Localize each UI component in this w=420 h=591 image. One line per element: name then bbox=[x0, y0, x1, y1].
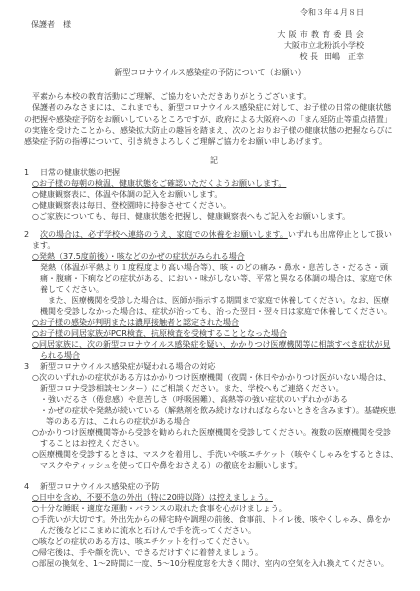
list-item: ○ご家族についても、毎日、健康状態を把握し、健康観察表へもご記入をお願いします。 bbox=[32, 211, 396, 222]
section-title-rest: いずれも出席停止として扱い bbox=[288, 230, 392, 239]
section-heading: 2次の場合は、必ず学校へ連絡のうえ、家庭での休養をお願いします。いずれも出席停止… bbox=[24, 229, 396, 240]
body-line: マスクやティッシュを使って口や鼻をおさえる）の徹底をお願いします。 bbox=[40, 460, 396, 471]
list-item: ○医療機関を受診するときは、マスクを着用し、手洗いや咳エチケット（咳やくしゃみを… bbox=[32, 449, 396, 460]
list-item: ○お子様の同居家族がPCR検査、抗原検査を受検することとなった場合 bbox=[32, 328, 396, 339]
list-item: ○かかりつけ医療機関等から受診を勧められた医療機関を受診してください。複数の医療… bbox=[32, 427, 396, 438]
list-item: ○同居家族に、次の新型コロナウイルス感染症を疑い、かかりつけ医療機関等に相談すべ… bbox=[32, 339, 396, 350]
section-heading-cont: ます。 bbox=[32, 240, 396, 251]
section-2: 2次の場合は、必ず学校へ連絡のうえ、家庭での休養をお願いします。いずれも出席停止… bbox=[24, 229, 396, 361]
list-item: ○帰宅後は、手や顔を洗い、できるだけすぐに着替えましょう。 bbox=[32, 547, 396, 558]
list-item-cont: られる場合 bbox=[40, 350, 80, 361]
principal-name: 田嶋 正幸 bbox=[324, 52, 364, 61]
document-title: 新型コロナウイルス感染症の予防について（お願い） bbox=[0, 67, 420, 78]
section-4: 4新型コロナウイルス感染症の予防 ○日中を含め、不要不急の外出（特に20時以降）… bbox=[24, 481, 396, 569]
intro-line: 感染症予防の指導について、引き続きよろしくご理解ご協力をお願い申しあげます。 bbox=[24, 136, 384, 147]
list-item: ○手洗いが大切です。外出先からの帰宅時や調理の前後、食事前、トイレ後、咳やくしゃ… bbox=[32, 514, 396, 525]
bullet-item: ・かぜの症状や発熱が続いている（解熱剤を飲み続けなければならないときを含みます）… bbox=[40, 405, 396, 416]
body-line: また、医療機関を受診した場合は、医師が指示する期間まで家庭で休養してください。な… bbox=[40, 295, 396, 306]
bullet-item: ・強いだるさ（倦怠感）や息苦しさ（呼吸困難）、高熱等の強い症状のいずれかがある bbox=[40, 394, 396, 405]
section-title-underlined: 次の場合は、必ず学校へ連絡のうえ、家庭での休養をお願いします。 bbox=[40, 230, 288, 239]
body-line: 機関を受診しなかった場合は、症状が治っても、治った翌日・翌々日は家庭で休養してく… bbox=[40, 306, 396, 317]
ki-marker: 記 bbox=[0, 155, 420, 166]
issuer-principal: 校 長田嶋 正幸 bbox=[277, 51, 364, 62]
list-item: ○健康観察表に、体温や体調の記入をお願いします。 bbox=[32, 189, 396, 200]
section-title: 新型コロナウイルス感染症の予防 bbox=[40, 482, 160, 491]
issuer-school: 大阪市立北粉浜小学校 bbox=[277, 40, 364, 51]
list-item: ○咳などの症状のある方は、咳エチケットを行ってください。 bbox=[32, 536, 396, 547]
section-heading: 1日常の健康状態の把握 bbox=[24, 167, 396, 178]
body-line: んだ後などにこまめに流水と石けんで手を洗ってください。 bbox=[40, 525, 396, 536]
document-date: 令和３年４月８日 bbox=[300, 7, 364, 18]
body-line: 養してください。 bbox=[40, 284, 396, 295]
issuer-block: 大阪市教育委員会 大阪市立北粉浜小学校 校 長田嶋 正幸 bbox=[277, 29, 364, 62]
section-heading: 3新型コロナウイルス感染症が疑われる場合の対応 bbox=[24, 361, 396, 372]
section-heading: 4新型コロナウイルス感染症の予防 bbox=[24, 481, 396, 492]
intro-greeting: 平素から本校の教育活動にご理解、ご協力をいただきありがとうございます。 bbox=[24, 91, 384, 102]
intro: 平素から本校の教育活動にご理解、ご協力をいただきありがとうございます。 保護者の… bbox=[24, 91, 384, 147]
body-line: 発熱（体温が平熱より１度程度より高い場合等）、咳・のどの痛み・鼻水・息苦しさ・だ… bbox=[40, 262, 396, 273]
bullet-item-cont: 等のある方は、これらの症状がある場合 bbox=[46, 416, 396, 427]
section-number: 1 bbox=[24, 167, 40, 178]
list-item: ○次のいずれかの症状がある方はかかりつけ医療機関（夜間・休日やかかりつけ医がいな… bbox=[32, 372, 396, 383]
list-item: ○日中を含め、不要不急の外出（特に20時以降）は控えましょう。 bbox=[32, 492, 273, 503]
issuer-org: 大阪市教育委員会 bbox=[277, 29, 367, 40]
list-item: ○お子様の毎朝の検温、健康状態をご確認いただくようお願いします。 bbox=[32, 178, 396, 189]
body-line: 新型コロナ受診相談センター）にご相談ください。また、学校へもご連絡ください。 bbox=[40, 383, 396, 394]
section-title: 日常の健康状態の把握 bbox=[40, 168, 120, 177]
intro-line: 保護者のみなさまには、これまでも、新型コロナウイルス感染症に対して、お子様の日常… bbox=[24, 102, 384, 113]
body-line: 痛・腹痛・下痢などの症状がある、におい・味がしない等、平常と異なる体調の場合は、… bbox=[40, 273, 396, 284]
list-item: ○発熱（37.5度前後）・咳などのかぜの症状がみられる場合 bbox=[32, 251, 396, 262]
section-number: 2 bbox=[24, 229, 40, 240]
section-1: 1日常の健康状態の把握 ○お子様の毎朝の検温、健康状態をご確認いただくようお願い… bbox=[24, 167, 396, 222]
section-number: 4 bbox=[24, 481, 40, 492]
list-item: ○十分な睡眠・適度な運動・バランスの取れた食事を心がけましょう。 bbox=[32, 503, 396, 514]
intro-line: の把握や感染症予防をお願いしているところですが、政府による大阪府への「まん延防止… bbox=[24, 114, 384, 125]
principal-title: 校 長 bbox=[299, 52, 318, 61]
section-number: 3 bbox=[24, 361, 40, 372]
section-title: 新型コロナウイルス感染症が疑われる場合の対応 bbox=[40, 362, 216, 371]
section-3: 3新型コロナウイルス感染症が疑われる場合の対応 ○次のいずれかの症状がある方はか… bbox=[24, 361, 396, 471]
list-item: ○健康観察表は毎日、登校園時に持参させてください。 bbox=[32, 200, 396, 211]
body-line: することはお控えください。 bbox=[40, 438, 396, 449]
recipient: 保護者 様 bbox=[31, 19, 71, 30]
list-item: ○お子様の感染が判明または濃厚接触者と認定された場合 bbox=[32, 317, 396, 328]
list-item: ○部屋の換気を、1～2時間に一度、5～10分程度窓を大きく開け、室内の空気を入れ… bbox=[32, 558, 396, 569]
intro-line: の実施を受けたことから、感染拡大防止の趣旨を踏まえ、次のとおりお子様の健康状態の… bbox=[24, 125, 384, 136]
